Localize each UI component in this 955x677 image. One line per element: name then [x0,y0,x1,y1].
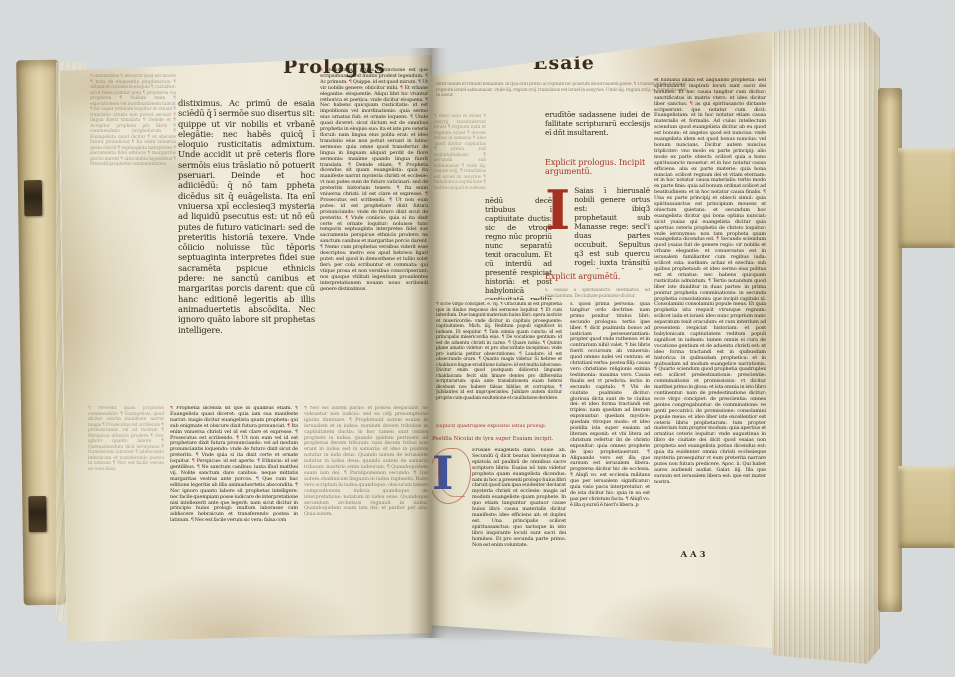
left-page-bottom-column-a: ¶ Prophetia dicenda sit que in qualibus … [170,406,298,570]
rubric-explicit-expositio: Explicit quadruplex expositio istius pro… [436,424,562,430]
clasp-icon [28,496,47,532]
right-page-top-lines: inter iudam et tribum beniamin: in qua e… [436,82,686,106]
rubric-explicit-argumentum: Explicit argumētū. [545,272,650,281]
postilla-text: Erusalē euāgelistā dabo. Esaie .xli. Sec… [472,448,566,548]
left-page: Prologus ¶ distinximus ¶ declarat quid e… [58,50,432,642]
rubric-explicit-prologus: Explicit prologus. Incipit argumentū. [545,158,650,184]
left-page-margin-gloss: ¶ distinximus ¶ declarat quid est dicere… [90,74,176,362]
right-page-margin-gloss: ¶ inter iuda et israel ¶ assyrij transtu… [434,114,486,304]
initial-I-red: I [545,188,570,232]
right-page-header: Esaie [533,52,595,74]
signature-mark: A A 3 [658,550,728,560]
right-page-gloss-list: ¶ Ecce virgo concipiet. e. vij. ¶ Oracul… [436,302,562,420]
clasp-icon [24,180,43,216]
right-page-pre-rubric-text: erudītōe sadassene iudei de fallitate sc… [545,110,650,152]
right-page-right-column: et humana allata est aliquando prophetia… [654,78,766,546]
initial-I-blue-penwork: I [432,450,468,502]
right-page-center-text: nēdū decē tribubus ī captiuitate ductis:… [485,196,552,300]
initial-I-blue: I [432,448,454,500]
clasp-strap [898,466,955,548]
clasp-strap [898,148,955,248]
left-page-bottom-margin-gloss: ¶ Precedit quasi prophetie commendatio ¶… [88,406,164,556]
fore-edge-page-block [772,22,880,664]
left-page-bottom-column-b: ¶ Nec eis autem paruo: et postea despici… [304,406,428,570]
photo-of-open-book: Prologus ¶ distinximus ¶ declarat quid e… [0,0,955,677]
left-page-inner-column: ¶ Distinximus. prima distinctione est qu… [320,68,428,400]
argumentum-block: I Saias ī hierusalē nobili genere ortus … [545,186,650,270]
postilla-block: I Erusalē euāgelistā dabo. Esaie .xli. S… [432,448,566,564]
rubric-postilla-incipit: Postilla Nicolai de lyra super Esaiam in… [432,436,572,442]
argumentum-text: Saias ī hierusalē nobili genere ortus es… [574,186,650,270]
left-page-main-text: distiximus. Ac primū de esaia sciēdū q̄ … [178,98,315,398]
right-page-middle-column: s. quod prima persona: quia tangitur ord… [570,302,650,564]
post-argumentum-line: s. esaias a spiritusancto destinatus ad … [545,288,650,299]
right-page: Esaie inter iudam et tribum beniamin: in… [430,30,774,648]
